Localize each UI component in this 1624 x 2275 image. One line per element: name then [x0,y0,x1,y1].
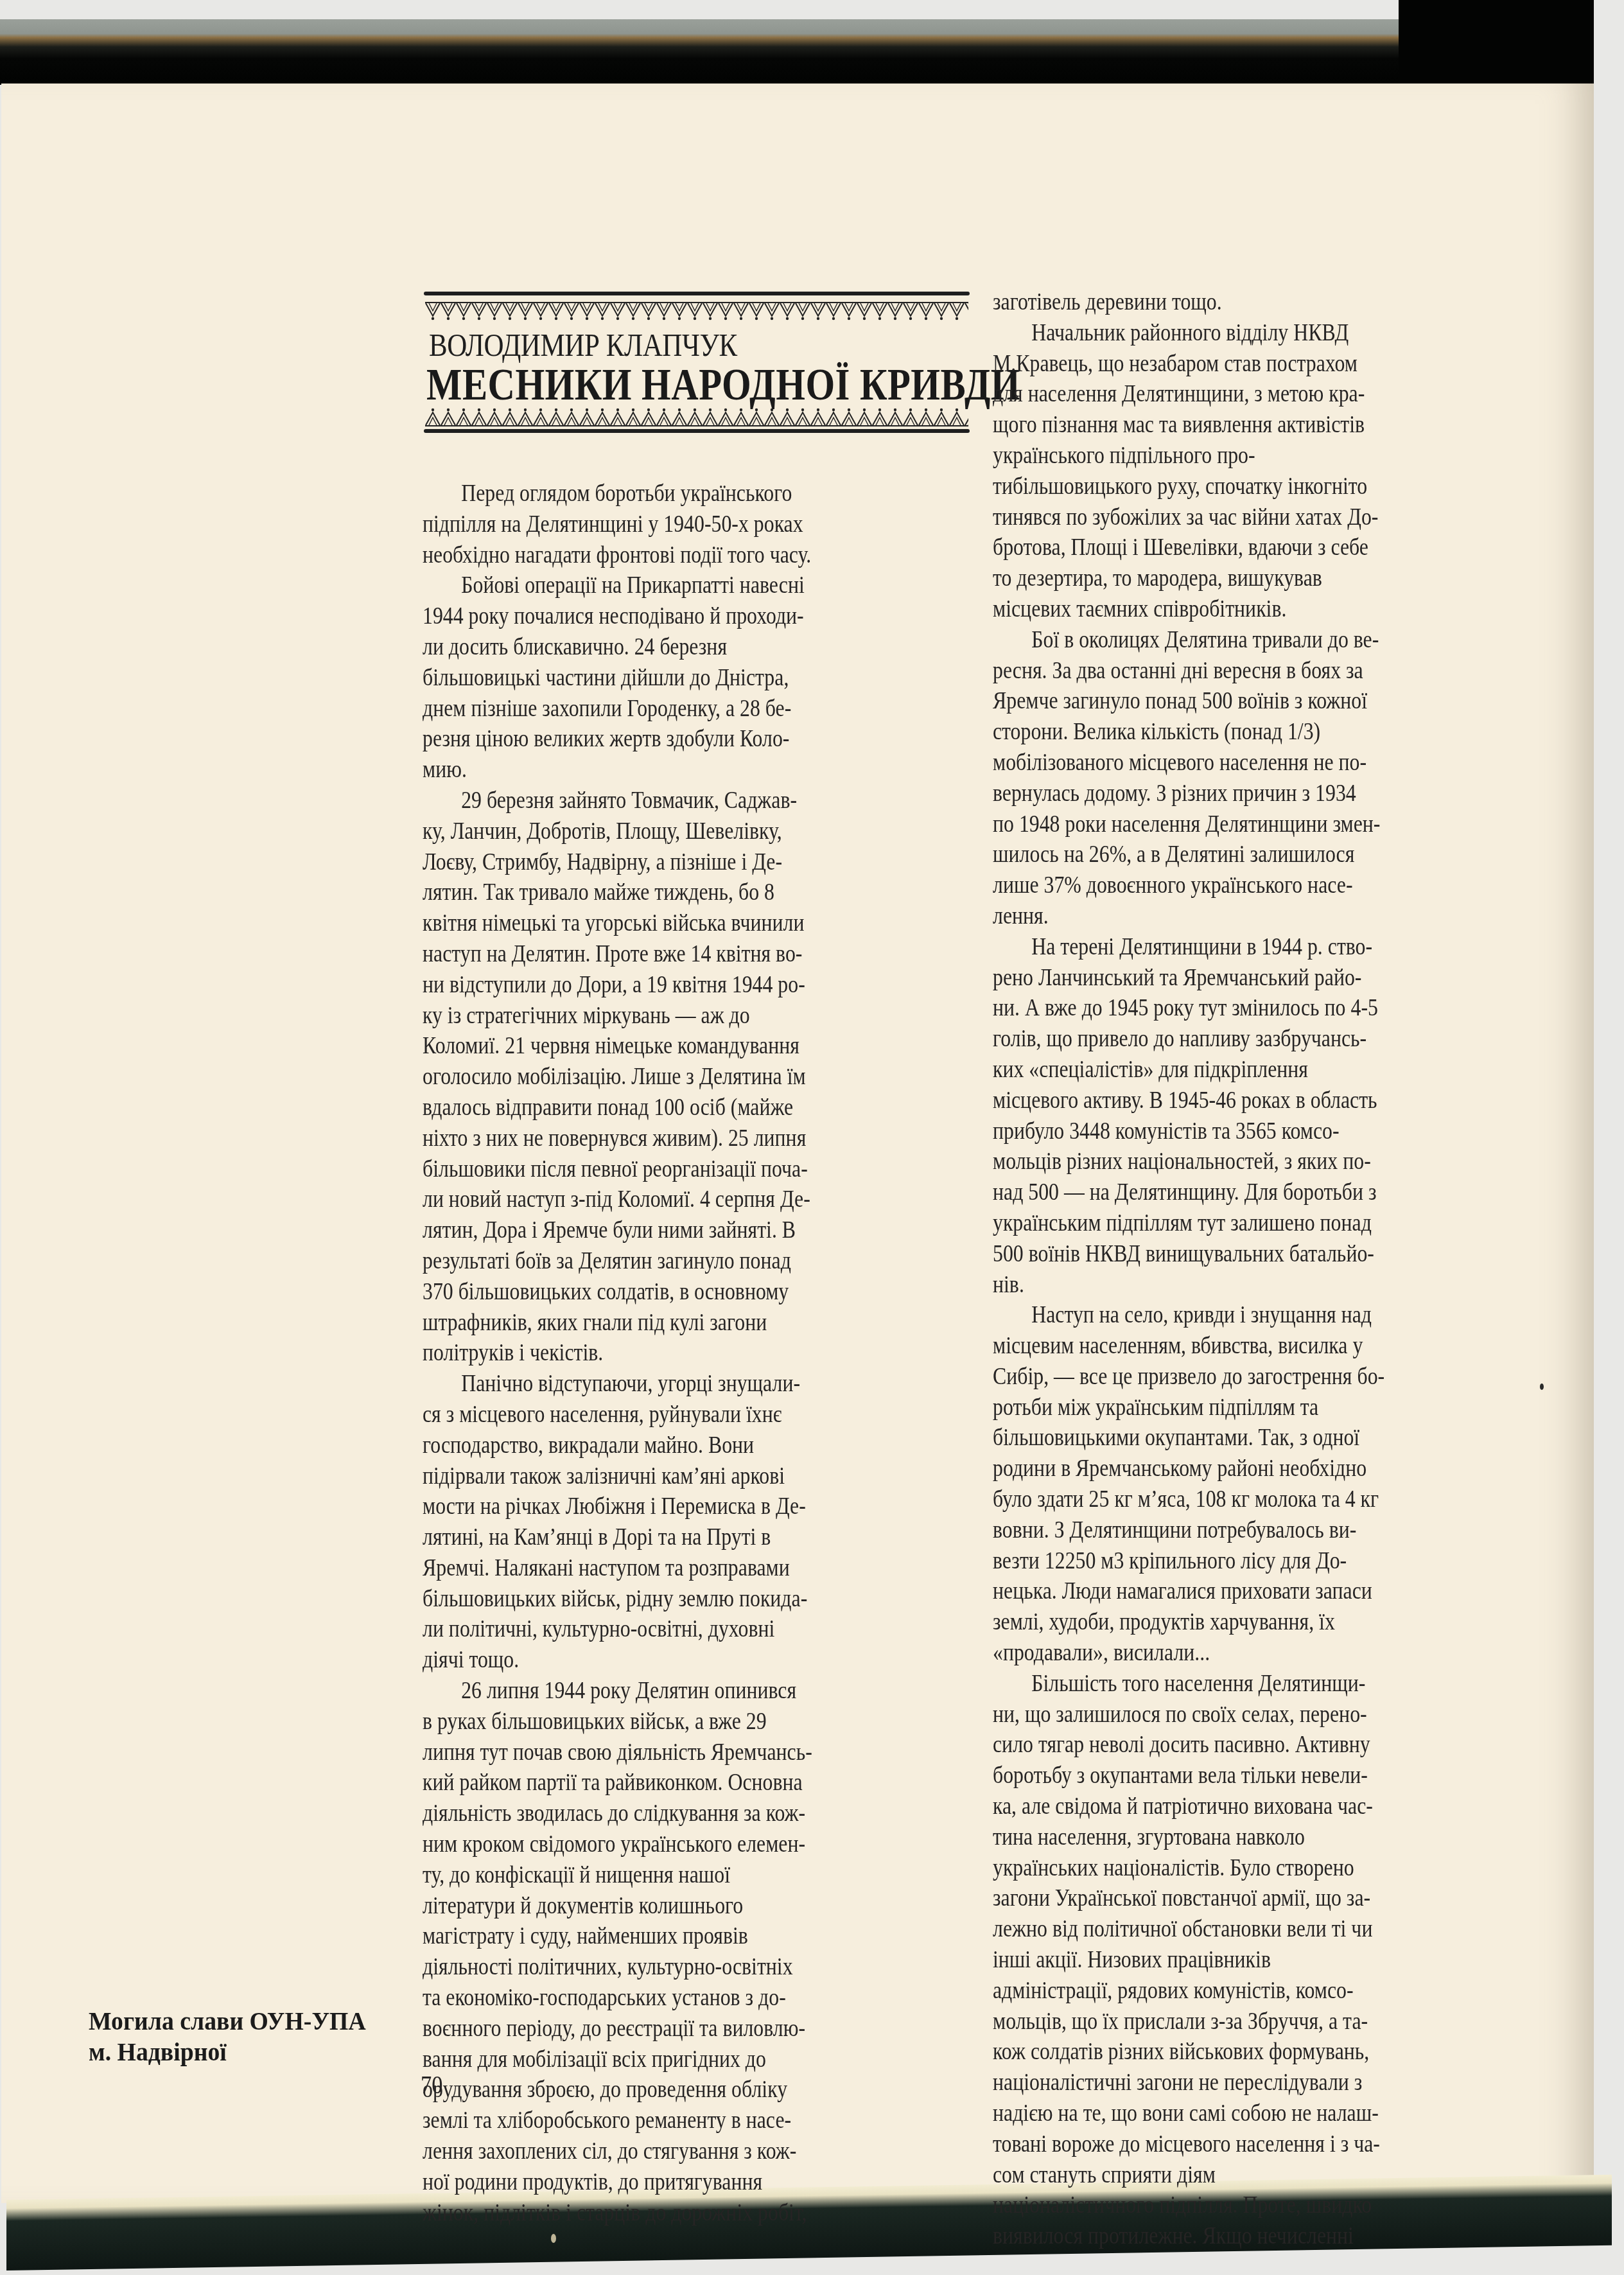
text-line: тинявся по зубожілих за час війни хатах … [993,502,1468,533]
text-line: ли політичні, культурно-освітні, духовні [423,1614,898,1645]
text-line: ли новий наступ з-під Коломиї. 4 серпня … [423,1184,898,1215]
text-line: ни. А вже до 1945 року тут змінилось по … [993,993,1468,1024]
text-line: резня ціною великих жертв здобули Коло- [423,724,898,755]
text-line: українського підпільного про- [993,441,1468,471]
text-line: підпілля на Делятинщині у 1940-50-х рока… [423,509,898,540]
text-line: політруків і чекістів. [423,1338,898,1369]
text-line: сторони. Велика кількість (понад 1/3) [993,717,1468,748]
text-line: Перед оглядом боротьби українського [423,479,898,509]
text-line: лятині, на Кам’янці в Дорі та на Пруті в [423,1522,898,1553]
text-line: мию. [423,755,898,786]
text-line: виявилося протилежне. Якщо нечисленні [993,2221,1468,2252]
text-line: ку із стратегічних міркувань — аж до [423,1001,898,1032]
article-title: МЕСНИКИ НАРОДНОЇ КРИВДИ [426,360,1020,411]
text-line: нів. [993,1270,1468,1301]
text-line: ких «спеціалістів» для підкріплення [993,1055,1468,1085]
text-line: наступ на Делятин. Проте вже 14 квітня в… [423,939,898,970]
text-line: ніхто з них не повернувся живим). 25 лип… [423,1123,898,1154]
text-line: штрафників, яких гнали під кулі загони [423,1308,898,1339]
text-line: мости на річках Любіжня і Перемиска в Де… [423,1491,898,1522]
text-line: діячі тощо. [423,1645,898,1676]
text-line: необхідно нагадати фронтові події того ч… [423,540,898,571]
text-line: Бойові операції на Прикарпатті навесні [423,570,898,601]
text-line: Начальник районного відділу НКВД [993,318,1468,349]
text-line: Яремчі. Налякані наступом та розправами [423,1553,898,1584]
text-line: надією на те, що вони самі собою не нала… [993,2098,1468,2129]
text-line: ресня. За два останні дні вересня в боях… [993,656,1468,687]
text-line: місцевих таємних співробітників. [993,594,1468,625]
text-line: ротьби між українським підпіллям та [993,1392,1468,1423]
text-line: жінок, підлітків і старців до дорожніх р… [423,2198,898,2229]
text-line: ли досить блискавично. 24 березня [423,632,898,663]
text-line: мольців, що їх прислали з-за Збруччя, а … [993,2007,1468,2037]
text-line: місцевим населенням, вбивства, висилка у [993,1331,1468,1362]
text-line: адміністрації, рядових комуністів, комсо… [993,1976,1468,2007]
article-author: ВОЛОДИМИР КЛАПЧУК [429,326,737,364]
text-line: 1944 року почалися несподівано й проходи… [423,601,898,632]
text-line: вдалось відправити понад 100 осіб (майже [423,1093,898,1123]
text-line: На терені Делятинщини в 1944 р. ство- [993,932,1468,963]
text-line: ним кроком свідомого українського елемен… [423,1829,898,1860]
text-line: 29 березня зайнято Товмачик, Саджав- [423,786,898,816]
text-line: ту, до конфіскації й нищення нашої [423,1860,898,1891]
text-line: більшовицькі частини дійшли до Дністра, [423,663,898,694]
text-line: вання для мобілізації всіх пригідних до [423,2044,898,2075]
text-line: лежно від політичної обстановки вели ті … [993,1914,1468,1945]
text-line: більшовицькими окупантами. Так, з одної [993,1423,1468,1454]
text-line: шилось на 26%, а в Делятині залишилося [993,839,1468,870]
text-line: мольців різних національностей, з яких п… [993,1146,1468,1177]
text-line: бротова, Площі і Шевелівки, вдаючи з себ… [993,532,1468,563]
text-line: лише 37% довоєнного українського насе- [993,870,1468,901]
text-line: націоналістичного підпілля. Проте, швидк… [993,2190,1468,2221]
text-line: лення. [993,901,1468,932]
left-text-column: Перед оглядом боротьби українськогопідпі… [423,479,975,2228]
text-line: Лоєву, Стримбу, Надвірну, а пізніше і Де… [423,847,898,878]
text-line: тибільшовицького руху, спочатку інкогніт… [993,471,1468,502]
text-line: родини в Яремчанському районі необхідно [993,1454,1468,1484]
text-line: орудування зброєю, до проведення обліку [423,2075,898,2105]
text-line: в руках більшовицьких військ, а вже 29 [423,1707,898,1737]
text-line: для населення Делятинщини, з метою кра- [993,379,1468,410]
text-line: воєнного періоду, до реєстрації та вилов… [423,2014,898,2044]
text-line: днем пізніше захопили Городенку, а 28 бе… [423,694,898,725]
text-line: оголосило мобілізацію. Лише з Делятина ї… [423,1062,898,1093]
embroidery-ornament-top-icon [425,302,968,321]
text-line: ся з місцевого населення, руйнували їхнє [423,1400,898,1430]
text-line: 26 липня 1944 року Делятин опинився [423,1676,898,1707]
text-line: ни відступили до Дори, а 19 квітня 1944 … [423,970,898,1001]
header-rule-top [424,292,970,295]
scan-border-top-right [1399,0,1594,83]
text-line: було здати 25 кг м’яса, 108 кг молока та… [993,1484,1468,1515]
text-line: ни, що залишилося по своїх селах, перено… [993,1700,1468,1730]
text-line: українським підпіллям тут залишено понад [993,1208,1468,1239]
text-line: М.Кравець, що незабаром став пострахом [993,349,1468,380]
paper-blemish [551,2234,556,2243]
scan-border-top [0,19,1586,85]
text-line: кож солдатів різних військових формувань… [993,2037,1468,2068]
text-line: сом стануть сприяти діям [993,2160,1468,2191]
text-line: підірвали також залізничні кам’яні арков… [423,1461,898,1492]
text-line: боротьбу з окупантами вела тільки невели… [993,1761,1468,1791]
text-line: ка, але свідома й патріотично вихована ч… [993,1791,1468,1822]
text-line: вовни. З Делятинщини потребувалось ви- [993,1515,1468,1546]
text-line: мобілізованого місцевого населення не по… [993,748,1468,778]
text-line: літератури й документів колишнього [423,1891,898,1922]
header-rule-bottom [424,429,970,433]
print-speck [1540,1383,1544,1390]
text-line: інші акції. Низових працівників [993,1945,1468,1976]
text-line: голів, що привело до напливу зазбручансь… [993,1024,1468,1055]
text-line: 500 воїнів НКВД винищувальних батальйо- [993,1239,1468,1270]
text-line: квітня німецькі та угорські війська вчин… [423,908,898,939]
text-line: ної родини продуктів, до притягування [423,2167,898,2198]
text-line: по 1948 роки населення Делятинщини змен- [993,809,1468,840]
text-line: заготівель деревини тощо. [993,287,1468,318]
text-line: прибуло 3448 комуністів та 3565 комсо- [993,1116,1468,1147]
text-line: господарство, викрадали майно. Вони [423,1430,898,1461]
text-line: то дезертира, то мародера, вишукував [993,563,1468,594]
text-line: над 500 — на Делятинщину. Для боротьби з [993,1177,1468,1208]
page-number: 70 [421,2069,442,2100]
text-line: землі та хліборобського реманенту в насе… [423,2105,898,2136]
text-line: діяльність зводилась до слідкування за к… [423,1798,898,1829]
text-line: українських націоналістів. Було створено [993,1853,1468,1884]
caption-line-2: м. Надвірної [89,2036,366,2067]
embroidery-ornament-bottom-icon [425,407,968,426]
text-line: Сибір, — все це призвело до загострення … [993,1362,1468,1392]
text-line: кий райком партії та райвиконком. Основн… [423,1768,898,1798]
text-line: Яремче загинуло понад 500 воїнів з кожно… [993,686,1468,717]
text-line: Бої в околицях Делятина тривали до ве- [993,625,1468,656]
text-line: лятин. Так тривало майже тиждень, бо 8 [423,877,898,908]
text-line: щого пізнання мас та виявлення активісті… [993,410,1468,441]
text-line: товані вороже до місцевого населення і з… [993,2129,1468,2160]
text-line: Наступ на село, кривди і знущання над [993,1300,1468,1331]
text-line: 370 більшовицьких солдатів, в основному [423,1277,898,1308]
text-line: та економіко-господарських установ з до- [423,1983,898,2014]
text-line: ку, Ланчин, Добротів, Площу, Шевелівку, [423,816,898,847]
right-text-column: заготівель деревини тощо.Начальник район… [993,287,1545,2252]
text-line: «продавали», висилали... [993,1638,1468,1669]
text-line: Більшість того населення Делятинщи- [993,1669,1468,1700]
text-line: Коломиї. 21 червня німецьке командування [423,1031,898,1062]
text-line: вернулась додому. З різних причин з 1934 [993,778,1468,809]
text-line: липня тут почав свою діяльність Яремчанс… [423,1737,898,1768]
text-line: місцевого активу. В 1945-46 роках в обла… [993,1085,1468,1116]
text-line: землі, худоби, продуктів харчування, їх [993,1607,1468,1638]
text-line: везти 12250 м3 кріпильного лісу для До- [993,1546,1468,1577]
text-line: рено Ланчинський та Яремчанський райо- [993,963,1468,994]
text-line: магістрату і суду, найменших проявів [423,1921,898,1952]
text-line: більшовики після певної реорганізації по… [423,1154,898,1185]
text-line: результаті боїв за Делятин загинуло пона… [423,1246,898,1277]
text-line: Панічно відступаючи, угорці знущали- [423,1369,898,1400]
text-line: лення захоплених сіл, до стягування з ко… [423,2136,898,2167]
text-line: лятин, Дора і Яремче були ними зайняті. … [423,1215,898,1246]
text-line: загони Української повстанчої армії, що … [993,1883,1468,1914]
text-line: тина населення, згуртована навколо [993,1822,1468,1853]
text-line: сило тягар неволі досить пасивно. Активн… [993,1730,1468,1761]
text-line: націоналістичні загони не переслідували … [993,2068,1468,2098]
text-line: більшовицьких військ, рідну землю покида… [423,1584,898,1615]
text-line: діяльності політичних, культурно-освітні… [423,1952,898,1983]
text-line: нецька. Люди намагалися приховати запаси [993,1576,1468,1607]
photo-caption: Могила слави ОУН-УПА м. Надвірної [89,2005,390,2067]
caption-line-1: Могила слави ОУН-УПА [89,2005,366,2036]
